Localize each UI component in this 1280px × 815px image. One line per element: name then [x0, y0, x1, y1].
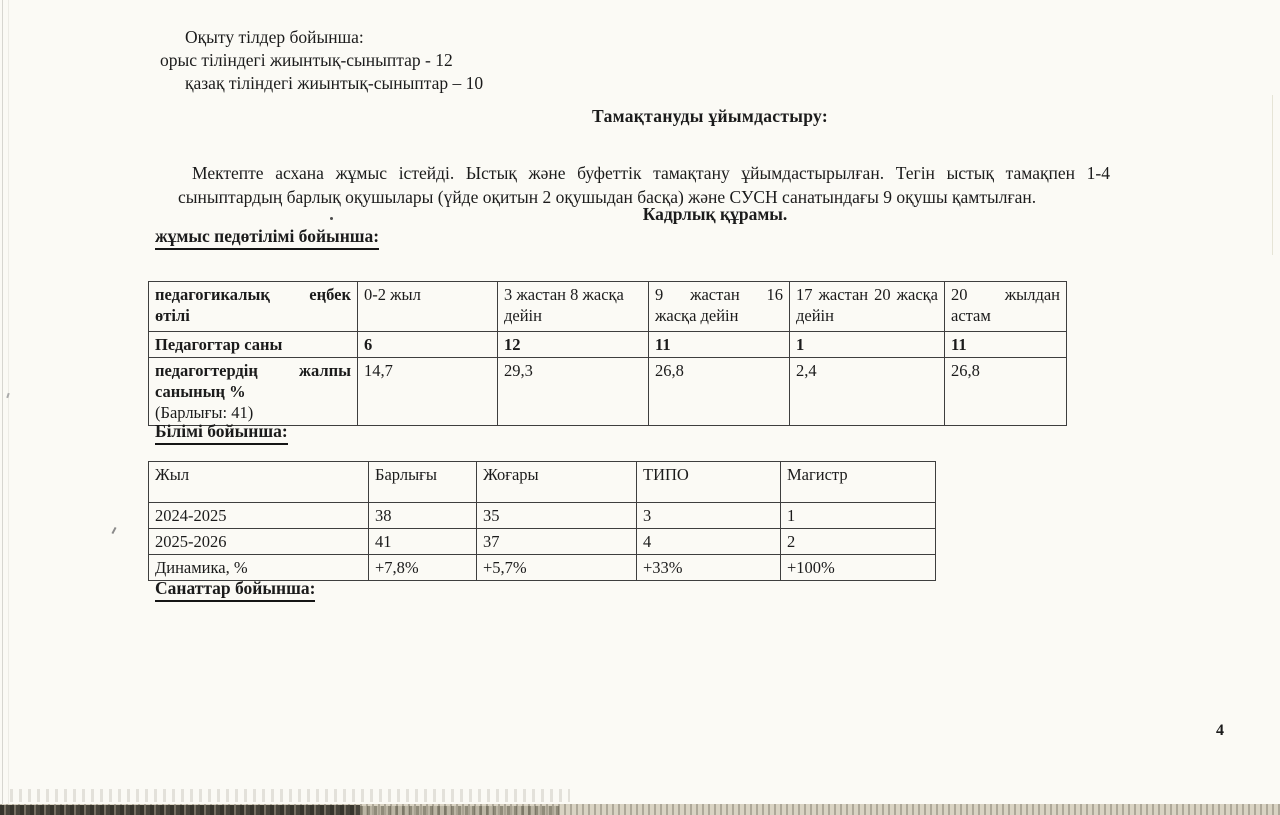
teacher-total-note: (Барлығы: 41) [155, 402, 351, 423]
scan-speck [111, 527, 116, 534]
education-cell: 2024-2025 [149, 503, 369, 529]
scan-smudge [10, 789, 570, 802]
kazakh-classes-line: қазақ тіліндегі жиынтық-сыныптар – 10 [185, 73, 483, 94]
teacher-percent-row: педагогтердің жалпы санының % (Барлығы: … [149, 358, 1067, 426]
education-cell: 1 [781, 503, 936, 529]
education-year-row: 2025-2026 41 37 4 2 [149, 529, 936, 555]
categories-subheading: Санаттар бойынша: [155, 578, 315, 602]
education-header-cell: Барлығы [369, 462, 477, 503]
experience-table: педагогикалық еңбек өтілі 0-2 жыл 3 жаст… [148, 281, 1067, 426]
teacher-count-value: 11 [649, 332, 790, 358]
personnel-section-heading: Кадрлық құрамы. [140, 204, 1280, 225]
education-cell: 37 [477, 529, 637, 555]
education-header-cell: Жоғары [477, 462, 637, 503]
education-subheading: Білімі бойынша: [155, 421, 288, 445]
education-cell: 2 [781, 529, 936, 555]
education-cell: 3 [637, 503, 781, 529]
teacher-percent-value: 14,7 [358, 358, 498, 426]
teacher-count-row: Педагогтар саны 6 12 11 1 11 [149, 332, 1067, 358]
russian-classes-line: орыс тіліндегі жиынтық-сыныптар - 12 [160, 50, 453, 71]
education-cell: +7,8% [369, 555, 477, 581]
education-cell: 4 [637, 529, 781, 555]
scan-edge-line [8, 0, 9, 815]
education-cell: 38 [369, 503, 477, 529]
teacher-count-label: Педагогтар саны [149, 332, 358, 358]
categories-subheading-text: Санаттар бойынша: [155, 578, 315, 602]
languages-heading: Оқыту тілдер бойынша: [185, 27, 364, 48]
education-header-row: Жыл Барлығы Жоғары ТИПО Магистр [149, 462, 936, 503]
teacher-percent-value: 2,4 [790, 358, 945, 426]
experience-header-cell: 17 жастан 20 жасқа дейін [790, 282, 945, 332]
scan-speck [6, 393, 9, 398]
education-cell: Динамика, % [149, 555, 369, 581]
experience-header-row: педагогикалық еңбек өтілі 0-2 жыл 3 жаст… [149, 282, 1067, 332]
education-table: Жыл Барлығы Жоғары ТИПО Магистр 2024-202… [148, 461, 936, 581]
teacher-percent-value: 29,3 [498, 358, 649, 426]
scan-edge-line [2, 0, 3, 815]
experience-subheading-text: жұмыс педөтілімі бойынша: [155, 226, 379, 250]
education-cell: +33% [637, 555, 781, 581]
scanned-document-page: Оқыту тілдер бойынша: орыс тіліндегі жиы… [0, 0, 1280, 815]
experience-header-cell: 9 жастан 16 жасқа дейін [649, 282, 790, 332]
experience-header-cell: педагогикалық еңбек өтілі [149, 282, 358, 332]
education-cell: +5,7% [477, 555, 637, 581]
teacher-percent-label: педагогтердің жалпы санының % [155, 360, 351, 402]
education-header-cell: ТИПО [637, 462, 781, 503]
teacher-count-value: 6 [358, 332, 498, 358]
experience-header-cell: 0-2 жыл [358, 282, 498, 332]
education-cell: 41 [369, 529, 477, 555]
teacher-count-value: 11 [945, 332, 1067, 358]
education-dynamics-row: Динамика, % +7,8% +5,7% +33% +100% [149, 555, 936, 581]
education-year-row: 2024-2025 38 35 3 1 [149, 503, 936, 529]
teacher-count-value: 1 [790, 332, 945, 358]
education-cell: +100% [781, 555, 936, 581]
experience-subheading: жұмыс педөтілімі бойынша: [155, 226, 379, 250]
scan-speck [330, 217, 333, 220]
teacher-count-value: 12 [498, 332, 649, 358]
education-header-cell: Жыл [149, 462, 369, 503]
meals-paragraph: Мектепте асхана жұмыс істейді. Ыстық жән… [178, 162, 1110, 209]
teacher-percent-label-cell: педагогтердің жалпы санының % (Барлығы: … [149, 358, 358, 426]
scan-bottom-bar-dark [0, 805, 360, 815]
page-number: 4 [1205, 722, 1235, 740]
education-header-cell: Магистр [781, 462, 936, 503]
teacher-percent-value: 26,8 [945, 358, 1067, 426]
experience-header-cell: 3 жастан 8 жасқа дейін [498, 282, 649, 332]
experience-header-cell: 20 жылдан астам [945, 282, 1067, 332]
teacher-percent-value: 26,8 [649, 358, 790, 426]
meals-section-heading: Тамақтануды ұйымдастыру: [140, 106, 1280, 127]
education-subheading-text: Білімі бойынша: [155, 421, 288, 445]
education-cell: 2025-2026 [149, 529, 369, 555]
scan-bottom-bar-mid [360, 806, 560, 815]
education-cell: 35 [477, 503, 637, 529]
